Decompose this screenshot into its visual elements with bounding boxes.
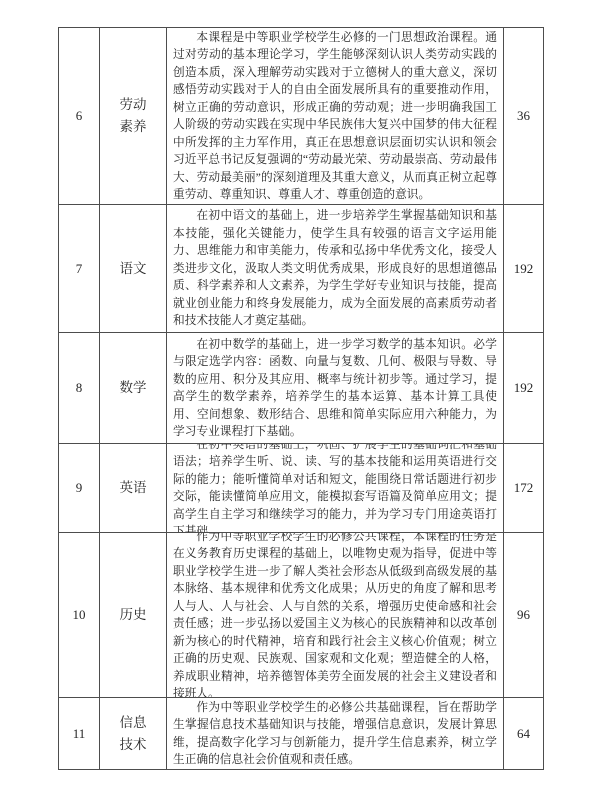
serial-number: 8: [59, 333, 99, 443]
course-row-history: 10 历史 作为中等职业学校学生的必修公共课程，本课程的任务是在义务教育历史课程…: [59, 532, 543, 697]
course-name: 数学: [99, 333, 166, 443]
course-description-cell: 作为中等职业学校学生的必修公共课程，本课程的任务是在义务教育历史课程的基础上，以…: [166, 533, 503, 697]
course-name: 信息 技术: [99, 698, 166, 769]
curriculum-table: 6 劳动 素养 本课程是中等职业学校学生必修的一门思想政治课程。通过对劳动的基本…: [58, 27, 544, 770]
serial-number: 10: [59, 533, 99, 697]
course-row-english: 9 英语 在初中英语的基础上，巩固、扩展学生的基础词汇和基础语法；培养学生听、说…: [59, 443, 543, 532]
serial-number: 9: [59, 444, 99, 532]
course-description-cell: 在初中英语的基础上，巩固、扩展学生的基础词汇和基础语法；培养学生听、说、读、写的…: [166, 444, 503, 532]
course-description-cell: 作为中等职业学校学生的必修公共基础课程，旨在帮助学生掌握信息技术基础知识与技能，…: [166, 698, 503, 769]
course-name: 英语: [99, 444, 166, 532]
course-description: 在初中英语的基础上，巩固、扩展学生的基础词汇和基础语法；培养学生听、说、读、写的…: [173, 444, 497, 532]
course-name: 历史: [99, 533, 166, 697]
course-name: 语文: [99, 205, 166, 332]
course-hours: 36: [503, 28, 543, 204]
course-row-chinese: 7 语文 在初中语文的基础上，进一步培养学生掌握基础知识和基本技能，强化关键能力…: [59, 204, 543, 332]
course-hours: 192: [503, 333, 543, 443]
serial-number: 7: [59, 205, 99, 332]
course-description: 在初中语文的基础上，进一步培养学生掌握基础知识和基本技能，强化关键能力，使学生具…: [173, 207, 497, 330]
course-name: 劳动 素养: [99, 28, 166, 204]
course-description: 作为中等职业学校学生的必修公共基础课程，旨在帮助学生掌握信息技术基础知识与技能，…: [173, 699, 497, 769]
course-row-it: 11 信息 技术 作为中等职业学校学生的必修公共基础课程，旨在帮助学生掌握信息技…: [59, 697, 543, 769]
document-page: 6 劳动 素养 本课程是中等职业学校学生必修的一门思想政治课程。通过对劳动的基本…: [0, 0, 614, 808]
serial-number: 6: [59, 28, 99, 204]
course-row-math: 8 数学 在初中数学的基础上，进一步学习数学的基本知识。必学与限定选学内容：函数…: [59, 332, 543, 443]
course-hours: 64: [503, 698, 543, 769]
course-description-cell: 在初中数学的基础上，进一步学习数学的基本知识。必学与限定选学内容：函数、向量与复…: [166, 333, 503, 443]
course-description-cell: 本课程是中等职业学校学生必修的一门思想政治课程。通过对劳动的基本理论学习，学生能…: [166, 28, 503, 204]
course-description-cell: 在初中语文的基础上，进一步培养学生掌握基础知识和基本技能，强化关键能力，使学生具…: [166, 205, 503, 332]
course-row-labor: 6 劳动 素养 本课程是中等职业学校学生必修的一门思想政治课程。通过对劳动的基本…: [59, 28, 543, 204]
serial-number: 11: [59, 698, 99, 769]
course-description: 在初中数学的基础上，进一步学习数学的基本知识。必学与限定选学内容：函数、向量与复…: [173, 336, 497, 441]
course-description: 作为中等职业学校学生的必修公共课程，本课程的任务是在义务教育历史课程的基础上，以…: [173, 533, 497, 697]
course-hours: 172: [503, 444, 543, 532]
course-hours: 96: [503, 533, 543, 697]
course-description: 本课程是中等职业学校学生必修的一门思想政治课程。通过对劳动的基本理论学习，学生能…: [173, 29, 497, 204]
course-hours: 192: [503, 205, 543, 332]
